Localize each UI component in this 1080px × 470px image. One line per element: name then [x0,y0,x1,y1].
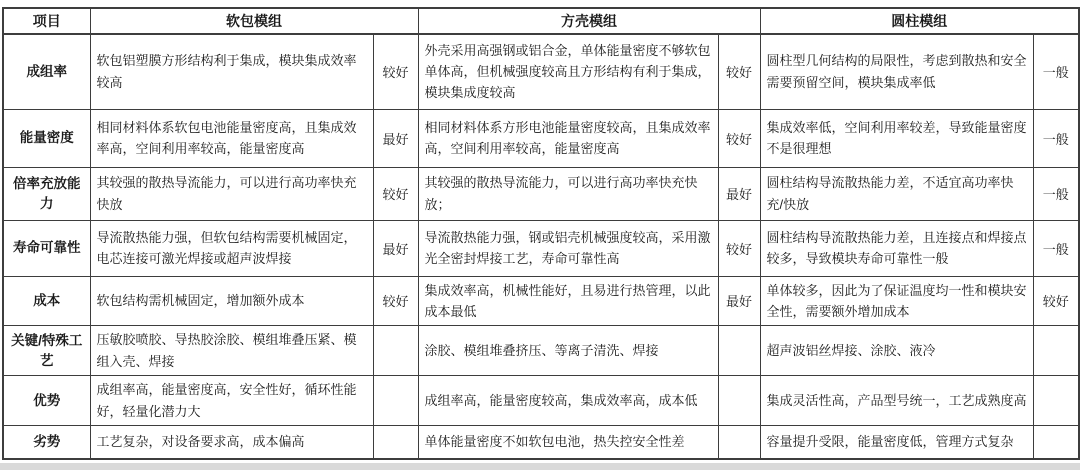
table-row-rate-capability: 倍率充放能力 其较强的散热导流能力，可以进行高功率快充快放 较好 其较强的散热导… [3,167,1079,220]
prismatic-rating-cell: 较好 [718,34,760,109]
cylindrical-desc-cell: 容量提升受限，能量密度低，管理方式复杂 [760,426,1033,459]
cylindrical-rating-cell: 一般 [1033,34,1079,109]
prismatic-desc-cell: 外壳采用高强钢或铝合金，单体能量密度不够软包单体高，但机械强度较高且方形结构有利… [418,34,718,109]
table-row-advantages: 优势 成组率高，能量密度高，安全性好，循环性能好，轻量化潜力大 成组率高，能量密… [3,376,1079,426]
cylindrical-desc-cell: 单体较多，因此为了保证温度均一性和模块安全性，需要额外增加成本 [760,276,1033,326]
row-item-label: 成组率 [3,34,90,109]
row-item-label: 倍率充放能力 [3,167,90,220]
header-row: 项目 软包模组 方壳模组 圆柱模组 [3,8,1079,34]
cylindrical-desc-cell: 圆柱结构导流散热能力差，且连接点和焊接点较多，导致模块寿命可靠性一般 [760,220,1033,276]
cylindrical-rating-cell [1033,326,1079,376]
table-row-grouping-efficiency: 成组率 软包铝塑膜方形结构利于集成，模块集成效率较高 较好 外壳采用高强钢或铝合… [3,34,1079,109]
cylindrical-rating-cell: 一般 [1033,167,1079,220]
prismatic-desc-cell: 集成效率高，机械性能好，且易进行热管理，以此成本最低 [418,276,718,326]
pouch-rating-cell [373,376,418,426]
pouch-desc-cell: 压敏胶喷胶、导热胶涂胶、模组堆叠压紧、模组入壳、焊接 [90,326,373,376]
cylindrical-desc-cell: 圆柱型几何结构的局限性，考虑到散热和安全需要预留空间，模块集成率低 [760,34,1033,109]
pouch-rating-cell: 最好 [373,220,418,276]
col-header-cylindrical-module: 圆柱模组 [760,8,1079,34]
pouch-rating-cell: 较好 [373,167,418,220]
cylindrical-desc-cell: 超声波铝丝焊接、涂胶、液冷 [760,326,1033,376]
pouch-rating-cell: 较好 [373,276,418,326]
prismatic-desc-cell: 单体能量密度不如软包电池，热失控安全性差 [418,426,718,459]
cylindrical-rating-cell [1033,426,1079,459]
pouch-desc-cell: 其较强的散热导流能力，可以进行高功率快充快放 [90,167,373,220]
row-item-label: 能量密度 [3,109,90,167]
pouch-rating-cell: 较好 [373,34,418,109]
pouch-desc-cell: 导流散热能力强，但软包结构需要机械固定，电芯连接可激光焊接或超声波焊接 [90,220,373,276]
prismatic-desc-cell: 涂胶、模组堆叠挤压、等离子清洗、焊接 [418,326,718,376]
prismatic-rating-cell [718,426,760,459]
pouch-rating-cell: 最好 [373,109,418,167]
cylindrical-rating-cell: 较好 [1033,276,1079,326]
bottom-strip [0,463,1080,470]
cylindrical-rating-cell: 一般 [1033,220,1079,276]
col-header-pouch-module: 软包模组 [90,8,418,34]
col-header-item: 项目 [3,8,90,34]
cylindrical-desc-cell: 集成灵活性高，产品型号统一，工艺成熟度高 [760,376,1033,426]
cylindrical-rating-cell [1033,376,1079,426]
pouch-desc-cell: 软包铝塑膜方形结构利于集成，模块集成效率较高 [90,34,373,109]
row-item-label: 寿命可靠性 [3,220,90,276]
prismatic-rating-cell: 最好 [718,167,760,220]
prismatic-rating-cell: 最好 [718,276,760,326]
pouch-desc-cell: 相同材料体系软包电池能量密度高，且集成效率高，空间利用率较高，能量密度高 [90,109,373,167]
pouch-rating-cell [373,426,418,459]
table-row-cost: 成本 软包结构需机械固定，增加额外成本 较好 集成效率高，机械性能好，且易进行热… [3,276,1079,326]
cylindrical-desc-cell: 圆柱结构导流散热能力差，不适宜高功率快充/快放 [760,167,1033,220]
prismatic-rating-cell [718,326,760,376]
row-item-label: 关键/特殊工艺 [3,326,90,376]
prismatic-desc-cell: 导流散热能力强，钢或铝壳机械强度较高，采用激光全密封焊接工艺，寿命可靠性高 [418,220,718,276]
row-item-label: 劣势 [3,426,90,459]
table-row-disadvantages: 劣势 工艺复杂，对设备要求高，成本偏高 单体能量密度不如软包电池，热失控安全性差… [3,426,1079,459]
table-row-key-processes: 关键/特殊工艺 压敏胶喷胶、导热胶涂胶、模组堆叠压紧、模组入壳、焊接 涂胶、模组… [3,326,1079,376]
row-item-label: 成本 [3,276,90,326]
pouch-rating-cell [373,326,418,376]
prismatic-rating-cell [718,376,760,426]
table-row-life-reliability: 寿命可靠性 导流散热能力强，但软包结构需要机械固定，电芯连接可激光焊接或超声波焊… [3,220,1079,276]
prismatic-rating-cell: 较好 [718,220,760,276]
row-item-label: 优势 [3,376,90,426]
pouch-desc-cell: 软包结构需机械固定，增加额外成本 [90,276,373,326]
prismatic-desc-cell: 其较强的散热导流能力，可以进行高功率快充快放； [418,167,718,220]
cylindrical-desc-cell: 集成效率低，空间利用率较差，导致能量密度不是很理想 [760,109,1033,167]
pouch-desc-cell: 成组率高，能量密度高，安全性好，循环性能好，轻量化潜力大 [90,376,373,426]
pouch-desc-cell: 工艺复杂，对设备要求高，成本偏高 [90,426,373,459]
cylindrical-rating-cell: 一般 [1033,109,1079,167]
comparison-table: 项目 软包模组 方壳模组 圆柱模组 成组率 软包铝塑膜方形结构利于集成，模块集成… [2,7,1080,460]
prismatic-rating-cell: 较好 [718,109,760,167]
table-row-energy-density: 能量密度 相同材料体系软包电池能量密度高，且集成效率高，空间利用率较高，能量密度… [3,109,1079,167]
prismatic-desc-cell: 成组率高，能量密度较高，集成效率高，成本低 [418,376,718,426]
prismatic-desc-cell: 相同材料体系方形电池能量密度较高，且集成效率高，空间利用率较高，能量密度高 [418,109,718,167]
col-header-prismatic-module: 方壳模组 [418,8,760,34]
page: 项目 软包模组 方壳模组 圆柱模组 成组率 软包铝塑膜方形结构利于集成，模块集成… [0,0,1080,470]
